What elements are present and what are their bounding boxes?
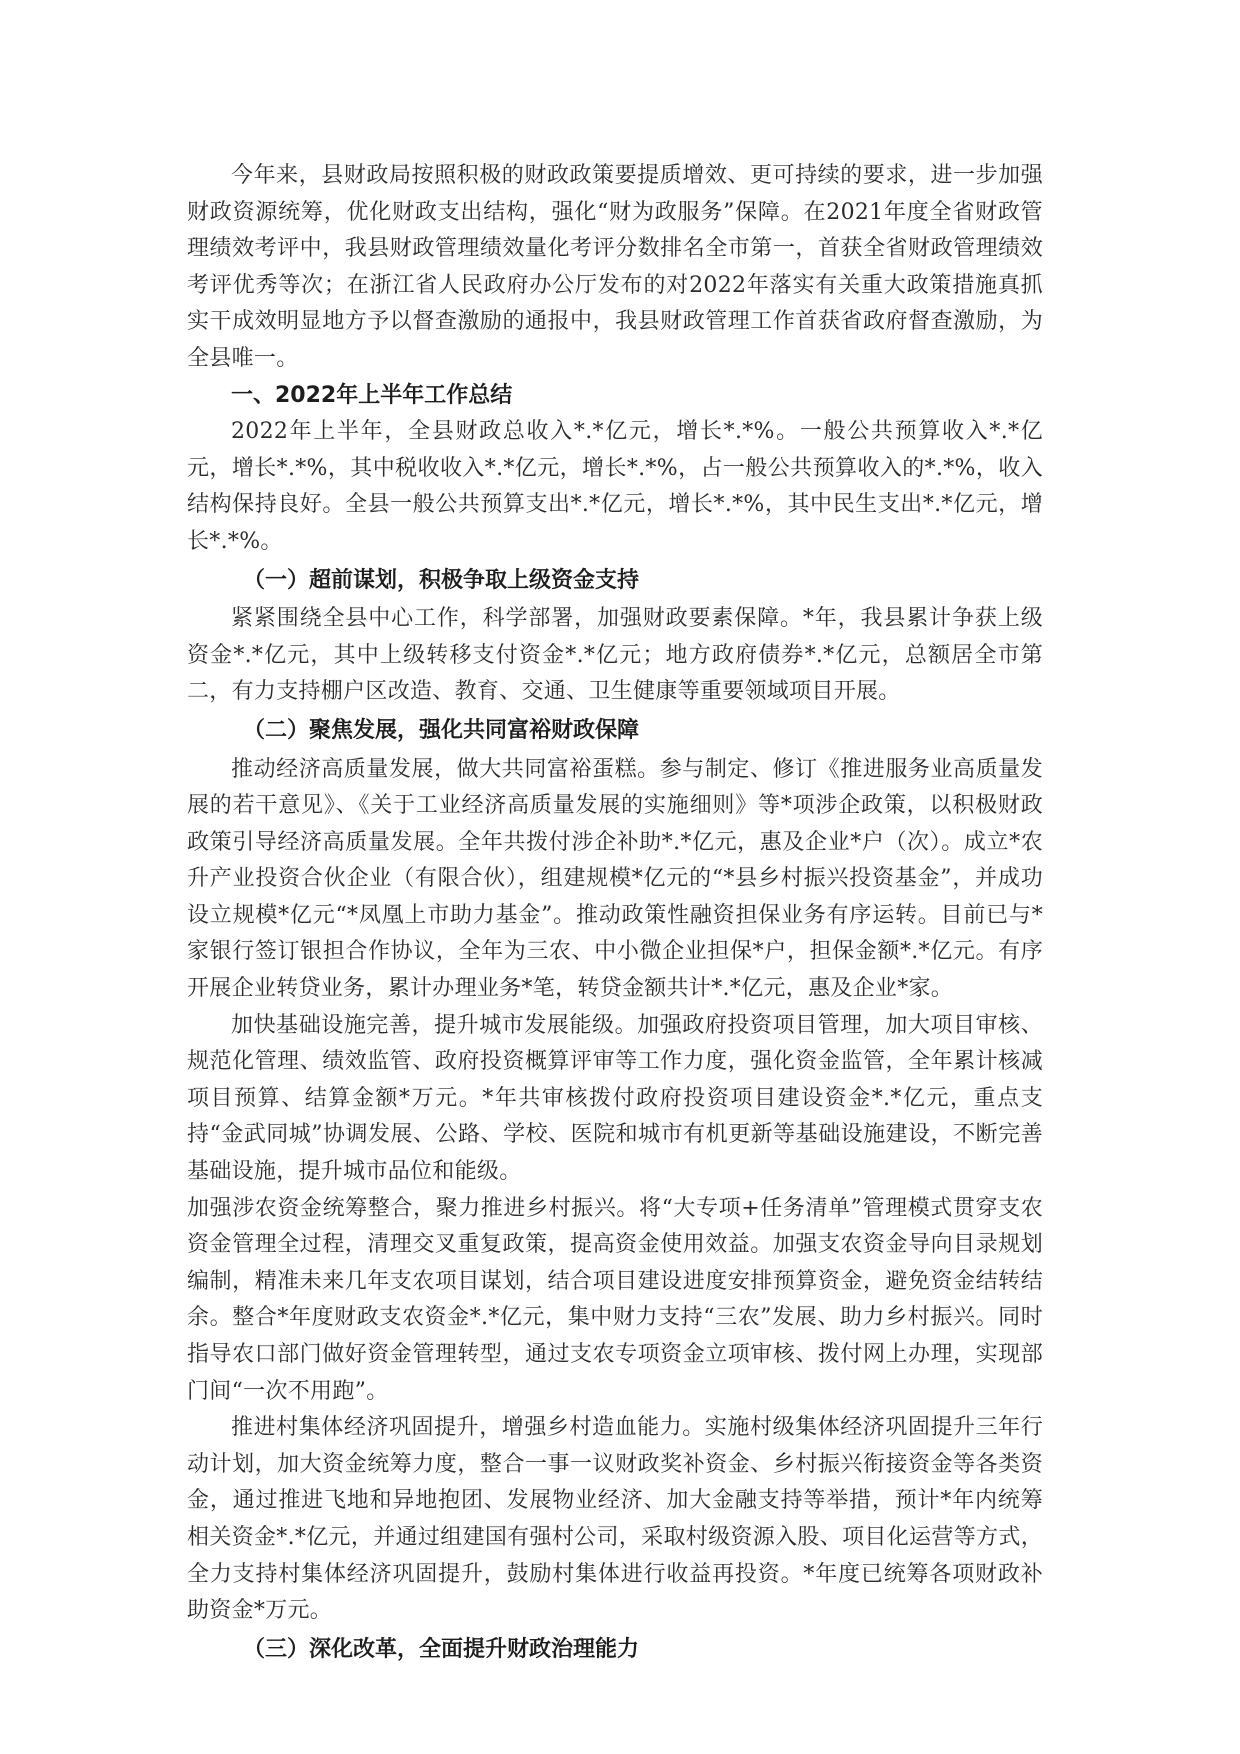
section-heading-first-half-summary: 一、2022年上半年工作总结 [187, 378, 1043, 415]
village-economy-paragraph: 推进村集体经济巩固提升，增强乡村造血能力。实施村级集体经济巩固提升三年行动计划，… [187, 1410, 1043, 1630]
economic-development-paragraph: 推动经济高质量发展，做大共同富裕蛋糕。参与制定、修订《推进服务业高质量发展的若干… [187, 752, 1043, 1008]
intro-paragraph: 今年来，县财政局按照积极的财政政策要提质增效、更可持续的要求，进一步加强财政资源… [187, 158, 1043, 378]
document-page: 今年来，县财政局按照积极的财政政策要提质增效、更可持续的要求，进一步加强财政资源… [187, 158, 1043, 1670]
subsection-heading-common-prosperity: （二）聚焦发展，强化共同富裕财政保障 [187, 711, 1043, 752]
agricultural-funds-paragraph: 加强涉农资金统筹整合，聚力推进乡村振兴。将“大专项+任务清单”管理模式贯穿支农资… [187, 1191, 1043, 1411]
revenue-summary-paragraph: 2022年上半年，全县财政总收入*.*亿元，增长*.*%。一般公共预算收入*.*… [187, 414, 1043, 560]
subsection-heading-superior-funds: （一）超前谋划，积极争取上级资金支持 [187, 561, 1043, 602]
subsection-heading-fiscal-reform: （三）深化改革，全面提升财政治理能力 [187, 1630, 1043, 1671]
infrastructure-paragraph: 加快基础设施完善，提升城市发展能级。加强政府投资项目管理，加大项目审核、规范化管… [187, 1008, 1043, 1191]
superior-funds-paragraph: 紧紧围绕全县中心工作，科学部署，加强财政要素保障。*年，我县累计争获上级资金*.… [187, 601, 1043, 711]
